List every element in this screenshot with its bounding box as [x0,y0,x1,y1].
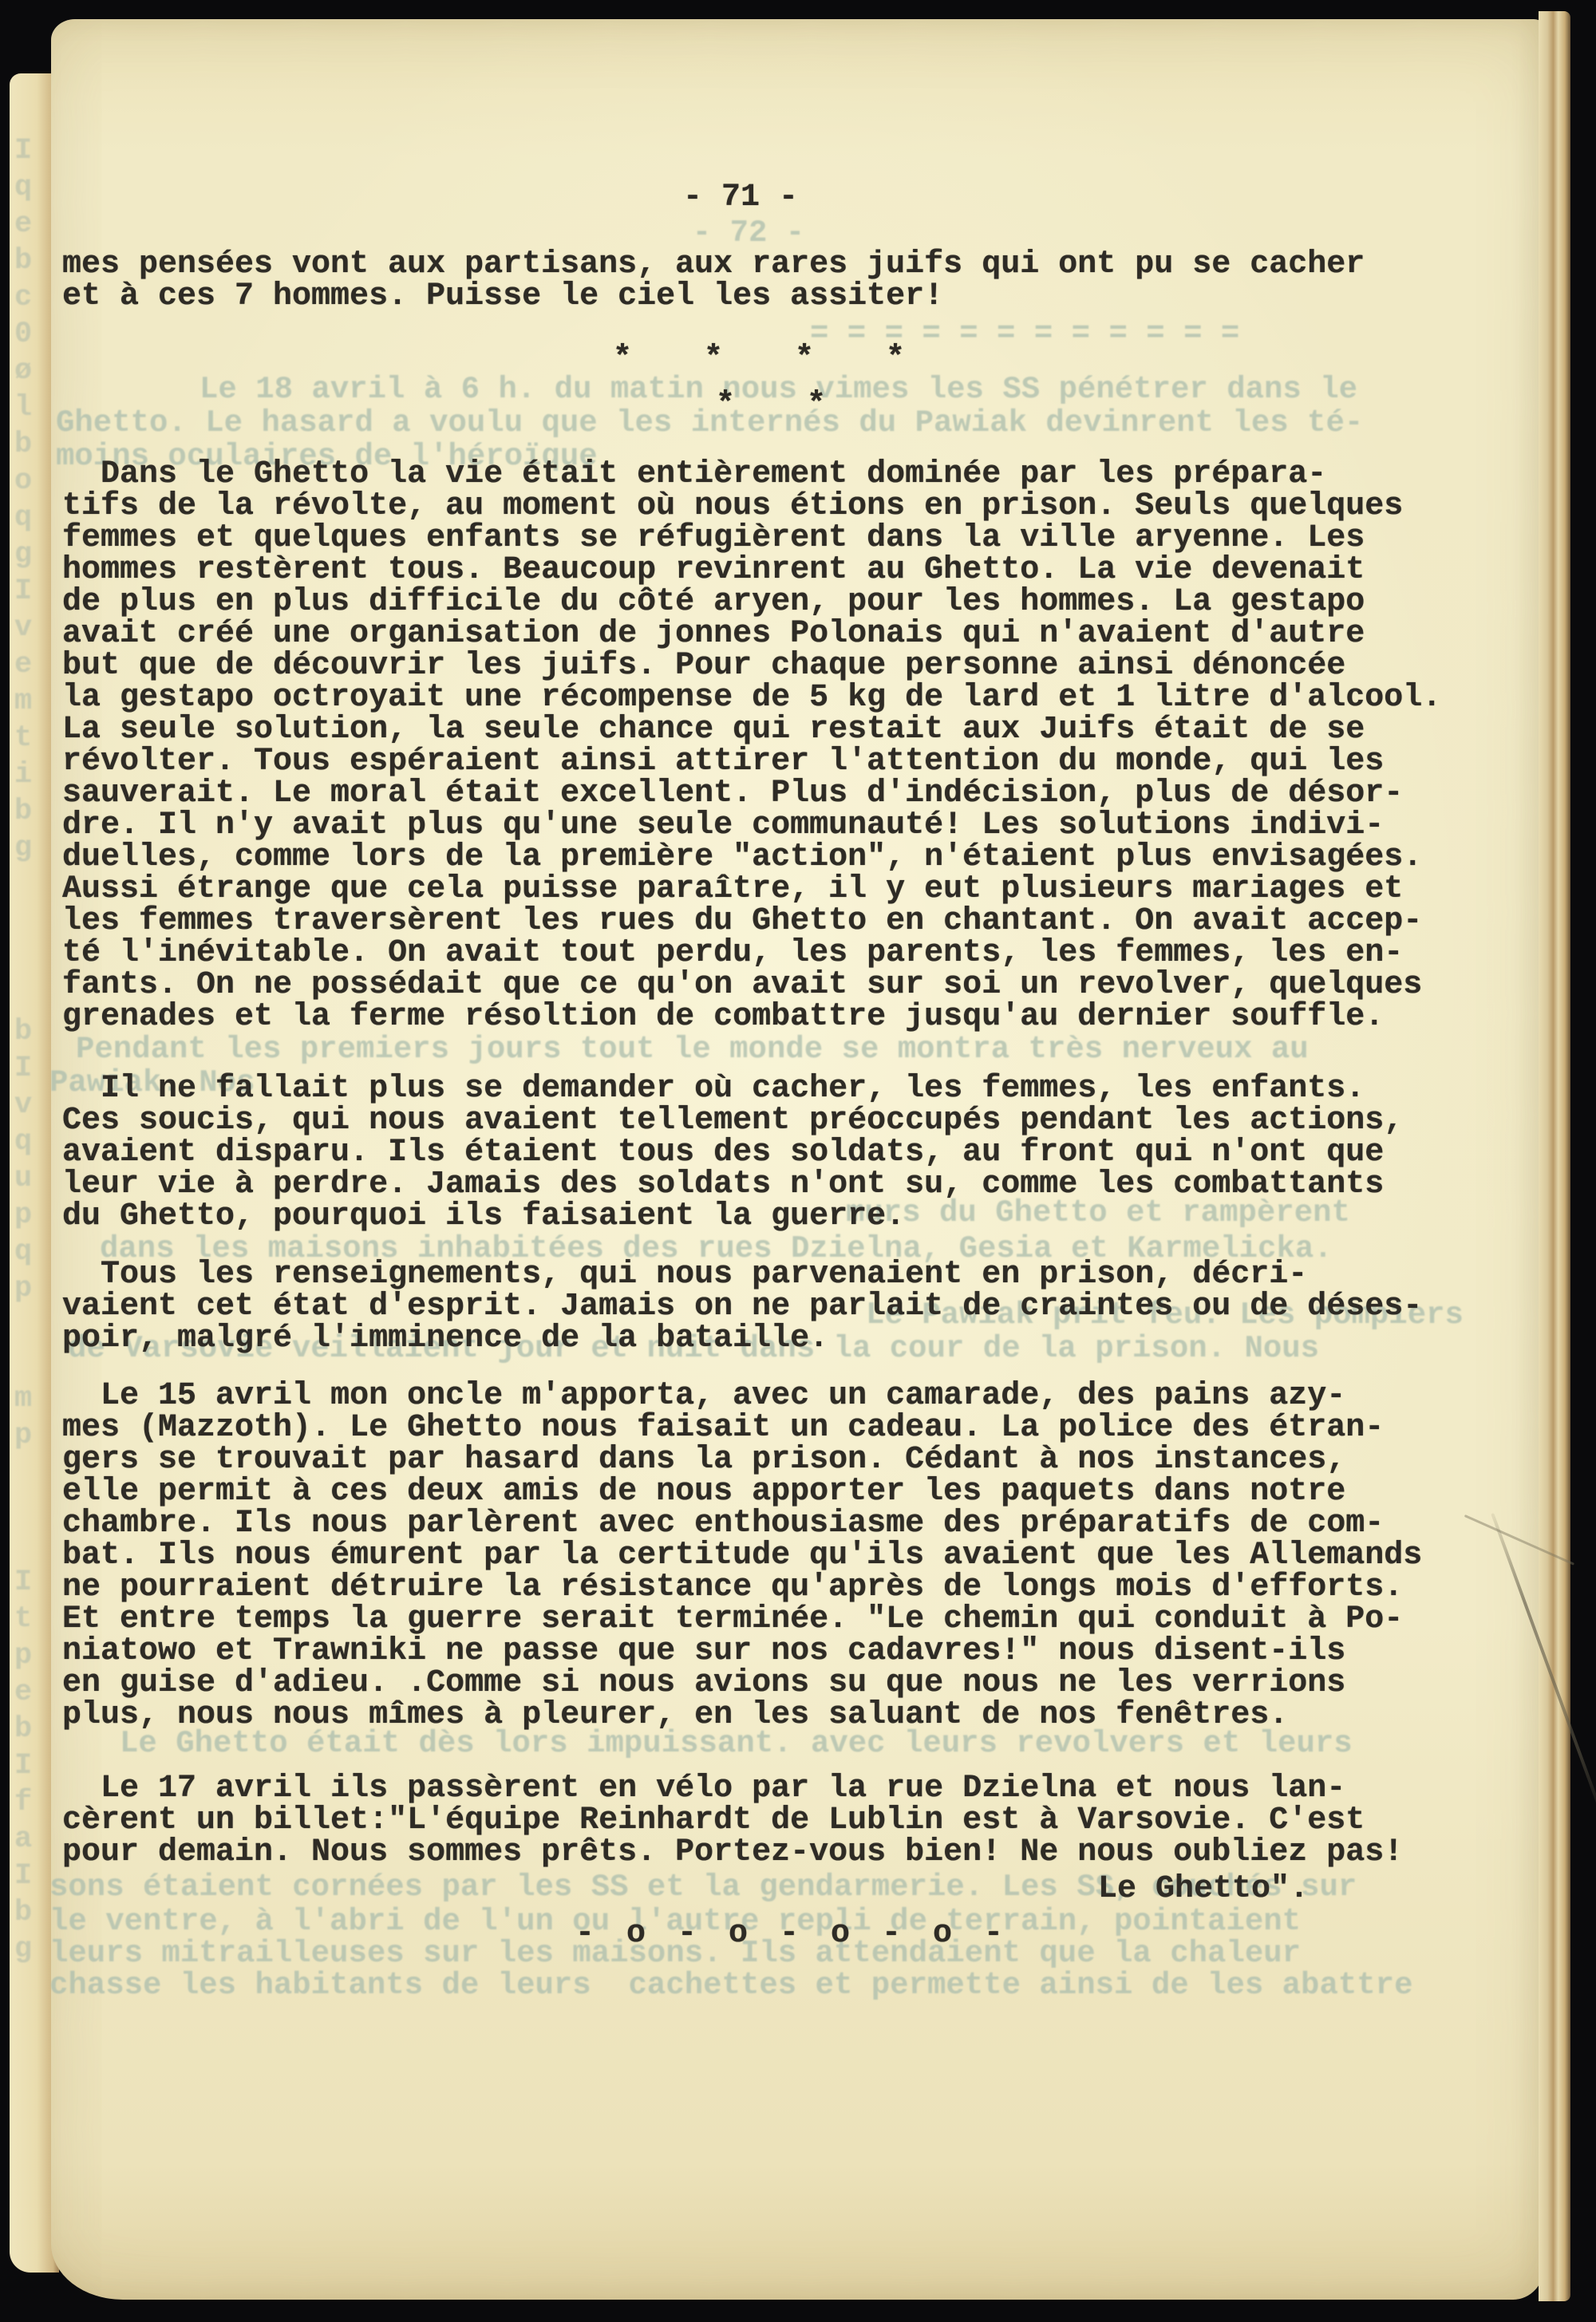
margin-bleed-letter: t [14,1602,32,1636]
margin-bleed-letter: g [14,1933,32,1966]
margin-bleed-letter: i [14,758,32,792]
margin-bleed-letter: e [14,207,32,241]
margin-bleed-letter: u [14,1162,32,1195]
margin-bleed-letter: t [14,721,32,755]
ghost-line: Pendant les premiers jours tout le monde… [76,1033,1309,1065]
margin-bleed-letter: l [14,391,32,425]
margin-bleed-letter: o [14,464,32,498]
paragraph: Il ne fallait plus se demander où cacher… [62,1073,1523,1233]
margin-bleed-letter: ø [14,354,32,388]
paragraph: Le 15 avril mon oncle m'apporta, avec un… [62,1380,1523,1732]
paragraph: mes pensées vont aux partisans, aux rare… [62,249,1523,313]
section-separator-asterisks-row1: * * * * [62,343,1467,375]
margin-bleed-letter: b [14,428,32,461]
paragraph: Le 17 avril ils passèrent en vélo par la… [62,1773,1523,1869]
margin-bleed-letter: f [14,1786,32,1819]
margin-bleed-letter: c [14,281,32,314]
scanned-document-photo: - 72 - = = = = = = = = = = = =Le 18 avri… [0,0,1596,2322]
margin-bleed-letter: I [14,1566,32,1599]
margin-bleed-letter: v [14,1088,32,1122]
margin-bleed-letter: e [14,648,32,681]
page-stack-edge [1539,11,1570,2301]
margin-bleed-letter: I [14,1052,32,1085]
margin-bleed-letter: q [14,171,32,204]
margin-bleed-letter: m [14,1382,32,1416]
end-divider: - o - o - o - o - [62,1918,1523,1950]
paragraph: Dans le Ghetto la vie était entièrement … [62,459,1523,1033]
margin-bleed-letter: e [14,1676,32,1709]
margin-bleed-letter: q [14,501,32,535]
margin-bleed-letter: b [14,795,32,828]
margin-bleed-letter: q [14,1235,32,1269]
margin-bleed-letter: I [14,575,32,608]
margin-bleed-letter: p [14,1199,32,1232]
paragraph: Tous les renseignements, qui nous parven… [62,1259,1523,1355]
margin-bleed-letter: p [14,1419,32,1452]
margin-bleed-letter: q [14,1125,32,1159]
page-number: - 71 - [62,182,1419,214]
margin-bleed-letter: b [14,1015,32,1048]
letter-signature: Le Ghetto". [62,1874,1515,1905]
margin-bleed-letter: I [14,1859,32,1893]
ghost-page-number: - 72 - [62,217,1435,249]
margin-bleed-letter: g [14,538,32,571]
margin-bleed-letter: m [14,685,32,718]
margin-bleed-letter: p [14,1272,32,1305]
margin-bleed-letter: I [14,1749,32,1783]
section-separator-asterisks-row2: * * [62,389,1491,421]
margin-bleed-letter: b [14,1712,32,1746]
margin-bleed-letter: a [14,1822,32,1856]
ghost-line: chasse les habitants de leurs cachettes … [49,1969,1412,2001]
margin-bleed-letter: 0 [14,318,32,351]
margin-bleed-letter: b [14,1896,32,1929]
margin-bleed-letter: v [14,611,32,645]
margin-bleed-letter: p [14,1639,32,1672]
margin-bleed-letter: g [14,831,32,865]
margin-bleed-letter: b [14,244,32,278]
margin-bleed-letter: I [14,134,32,168]
